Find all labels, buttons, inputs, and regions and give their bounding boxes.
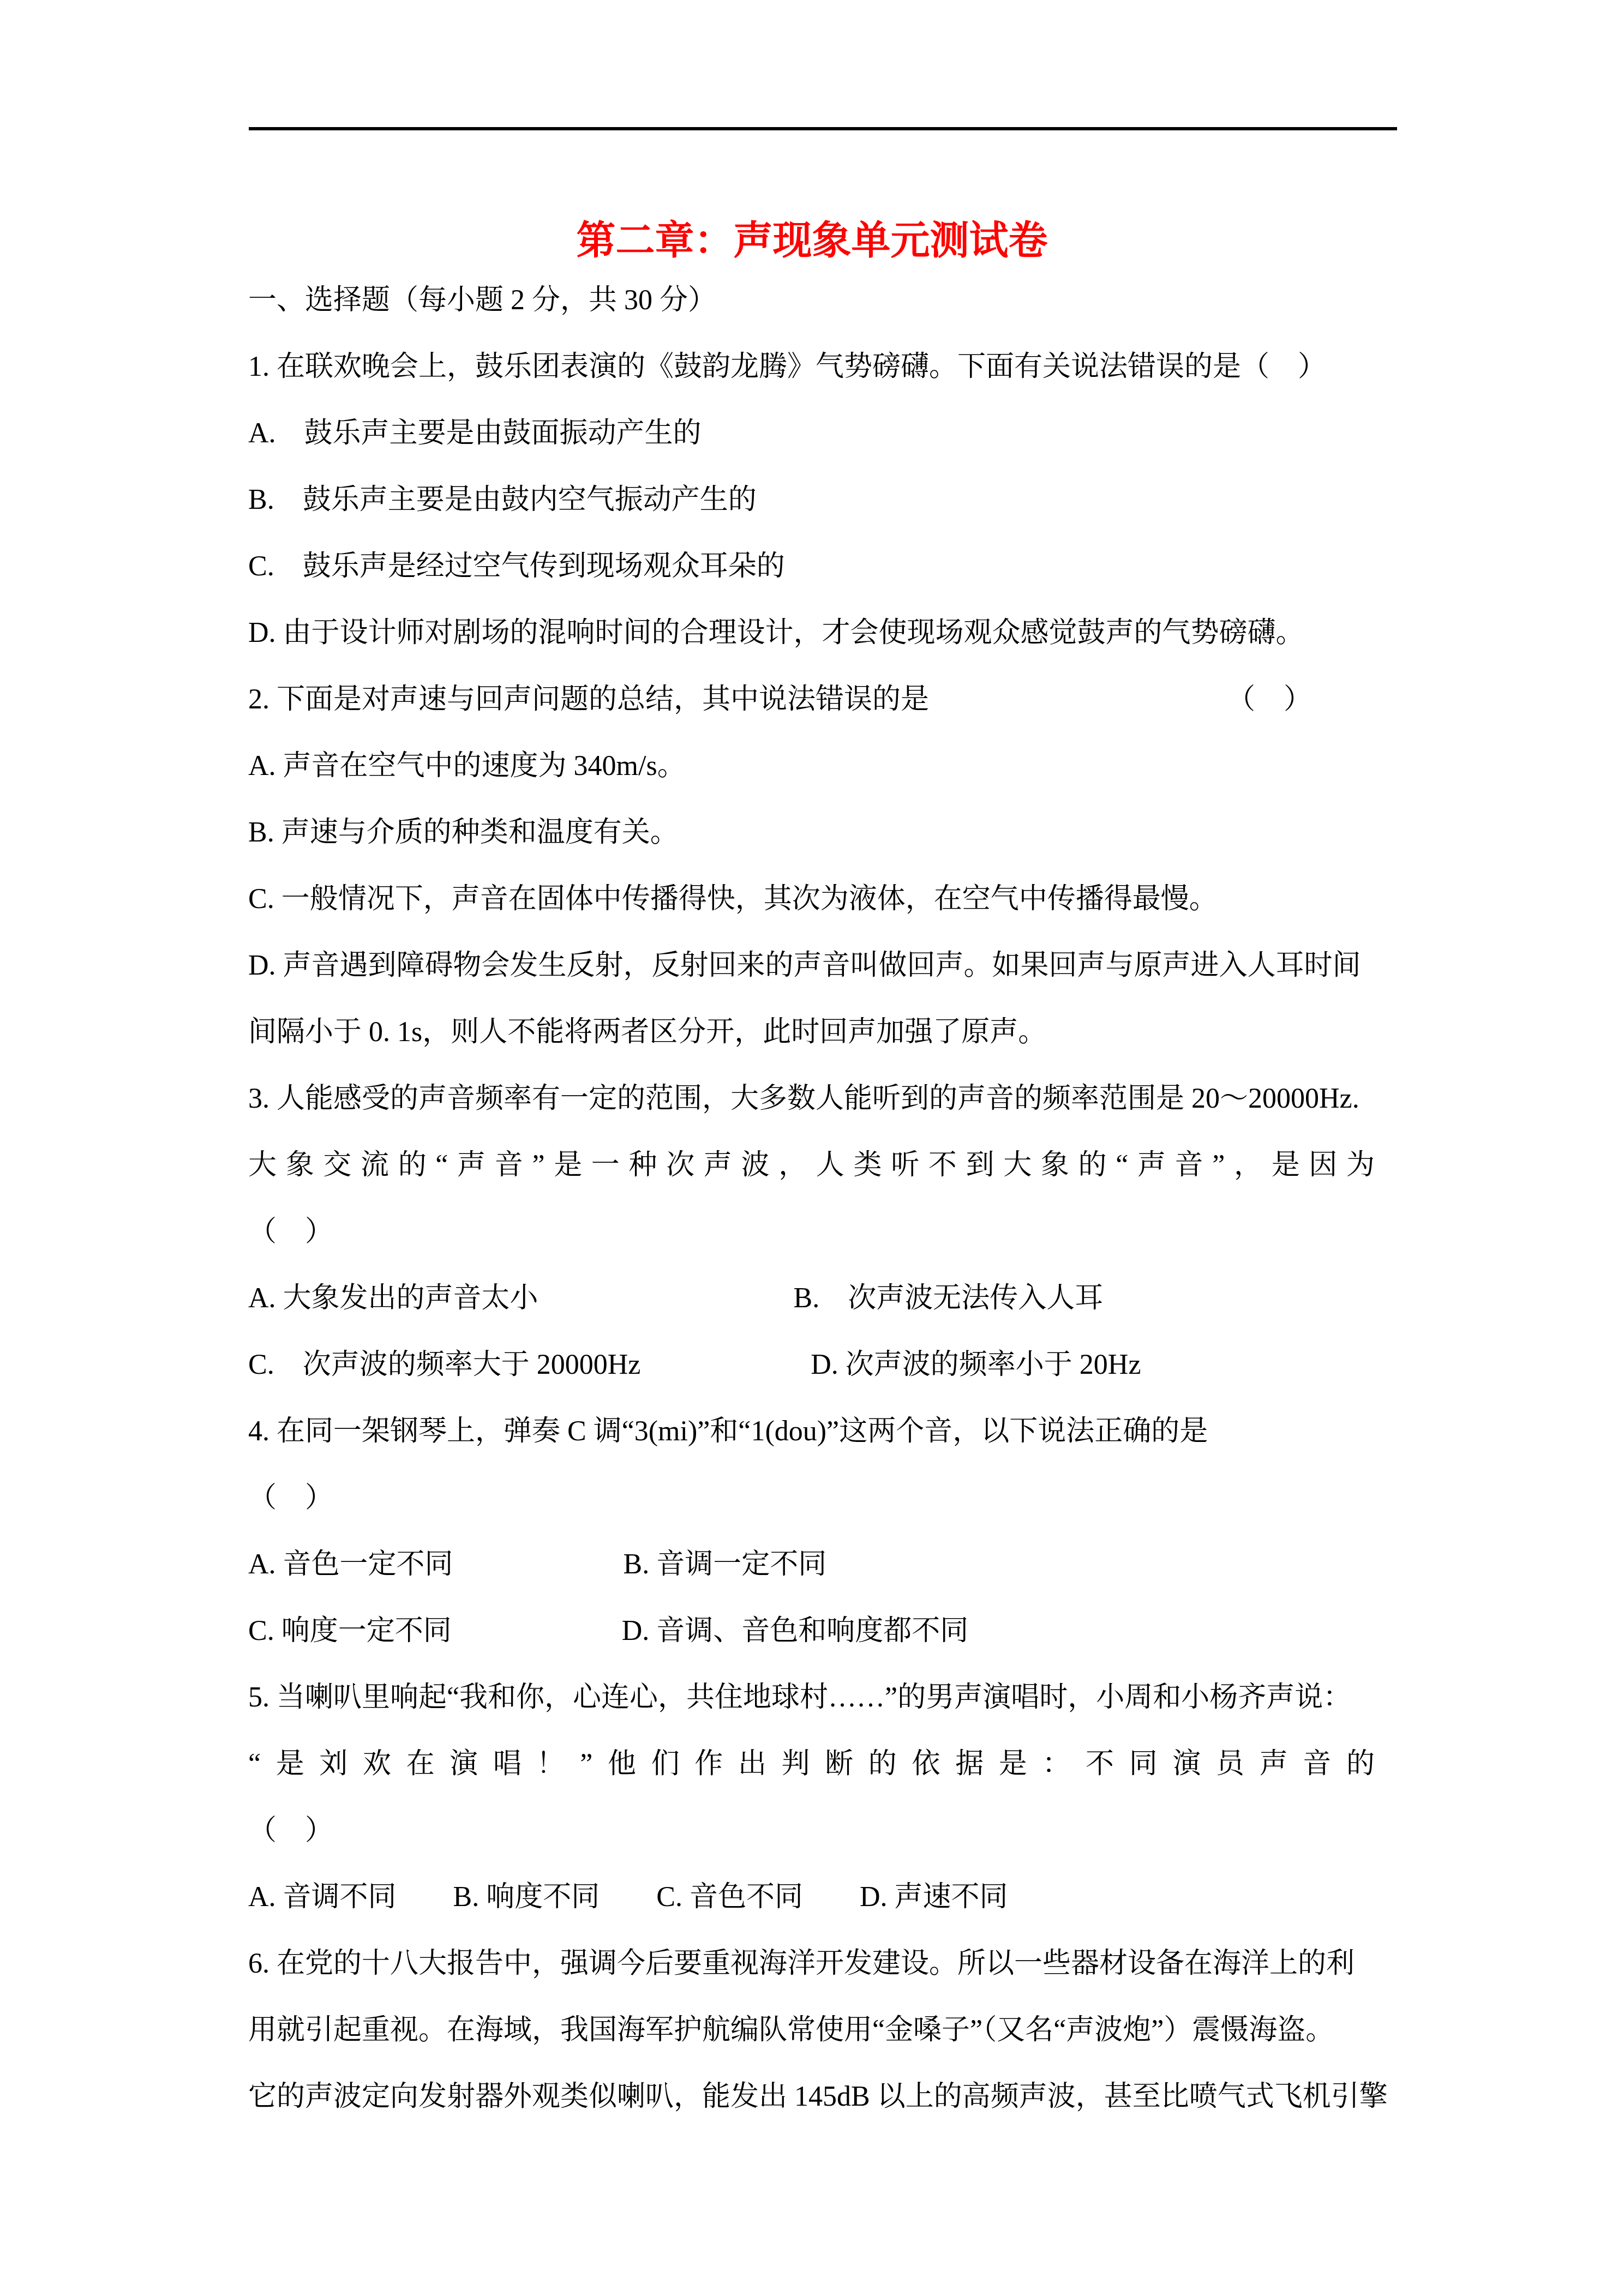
text-line: A. 声音在空气中的速度为 340m/s。 [248, 733, 1375, 800]
text-line: 4. 在同一架钢琴上，弹奏 C 调“3(mi)”和“1(dou)”这两个音，以下… [248, 1398, 1375, 1465]
page-title: 第二章：声现象单元测试卷 [0, 208, 1624, 265]
text-line: D. 声音遇到障碍物会发生反射，反射回来的声音叫做回声。如果回声与原声进入人耳时… [248, 933, 1375, 999]
text-line: C. 响度一定不同 D. 音调、音色和响度都不同 [248, 1598, 1375, 1664]
text-line: C. 一般情况下，声音在固体中传播得快，其次为液体，在空气中传播得最慢。 [248, 866, 1375, 933]
text-line: B. 鼓乐声主要是由鼓内空气振动产生的 [248, 467, 1375, 533]
text-line: A. 音色一定不同 B. 音调一定不同 [248, 1531, 1375, 1598]
document-page: 第二章：声现象单元测试卷 一、选择题（每小题 2 分，共 30 分） 1. 在联… [0, 0, 1624, 2296]
text-line: 6. 在党的十八大报告中，强调今后要重视海洋开发建设。所以一些器材设备在海洋上的… [248, 1931, 1375, 1997]
text-line: 用就引起重视。在海域，我国海军护航编队常使用“金嗓子”（又名“声波炮”）震慑海盗… [248, 1997, 1375, 2064]
text-line: 1. 在联欢晚会上，鼓乐团表演的《鼓韵龙腾》气势磅礴。下面有关说法错误的是（ ） [248, 334, 1375, 400]
text-line: A. 大象发出的声音太小 B. 次声波无法传入人耳 [248, 1265, 1375, 1332]
text-line: A. 鼓乐声主要是由鼓面振动产生的 [248, 400, 1375, 467]
text-line: C. 鼓乐声是经过空气传到现场观众耳朵的 [248, 533, 1375, 600]
text-line: 2. 下面是对声速与回声问题的总结，其中说法错误的是 （ ） [248, 666, 1375, 733]
text-line: A. 音调不同 B. 响度不同 C. 音色不同 D. 声速不同 [248, 1864, 1375, 1931]
section-heading: 一、选择题（每小题 2 分，共 30 分） [248, 267, 1375, 334]
text-line: （ ） [248, 1465, 1375, 1531]
text-line: 大象交流的“声音”是一种次声波，人类听不到大象的“声音”，是因为 [248, 1132, 1375, 1199]
header-rule [249, 127, 1397, 130]
text-line: 3. 人能感受的声音频率有一定的范围，大多数人能听到的声音的频率范围是 20～2… [248, 1066, 1375, 1132]
text-line: （ ） [248, 1798, 1375, 1864]
text-line: “是刘欢在演唱！”他们作出判断的依据是：不同演员声音的 [248, 1731, 1375, 1798]
text-line: 5. 当喇叭里响起“我和你，心连心，共住地球村……”的男声演唱时，小周和小杨齐声… [248, 1664, 1375, 1731]
text-line: （ ） [248, 1199, 1375, 1265]
document-body: 一、选择题（每小题 2 分，共 30 分） 1. 在联欢晚会上，鼓乐团表演的《鼓… [248, 267, 1375, 2130]
text-line: D. 由于设计师对剧场的混响时间的合理设计，才会使现场观众感觉鼓声的气势磅礴。 [248, 600, 1375, 666]
text-line: 它的声波定向发射器外观类似喇叭，能发出 145dB 以上的高频声波，甚至比喷气式… [248, 2064, 1375, 2130]
text-line: 间隔小于 0. 1s，则人不能将两者区分开，此时回声加强了原声。 [248, 999, 1375, 1066]
text-line: C. 次声波的频率大于 20000Hz D. 次声波的频率小于 20Hz [248, 1332, 1375, 1398]
text-line: B. 声速与介质的种类和温度有关。 [248, 800, 1375, 866]
